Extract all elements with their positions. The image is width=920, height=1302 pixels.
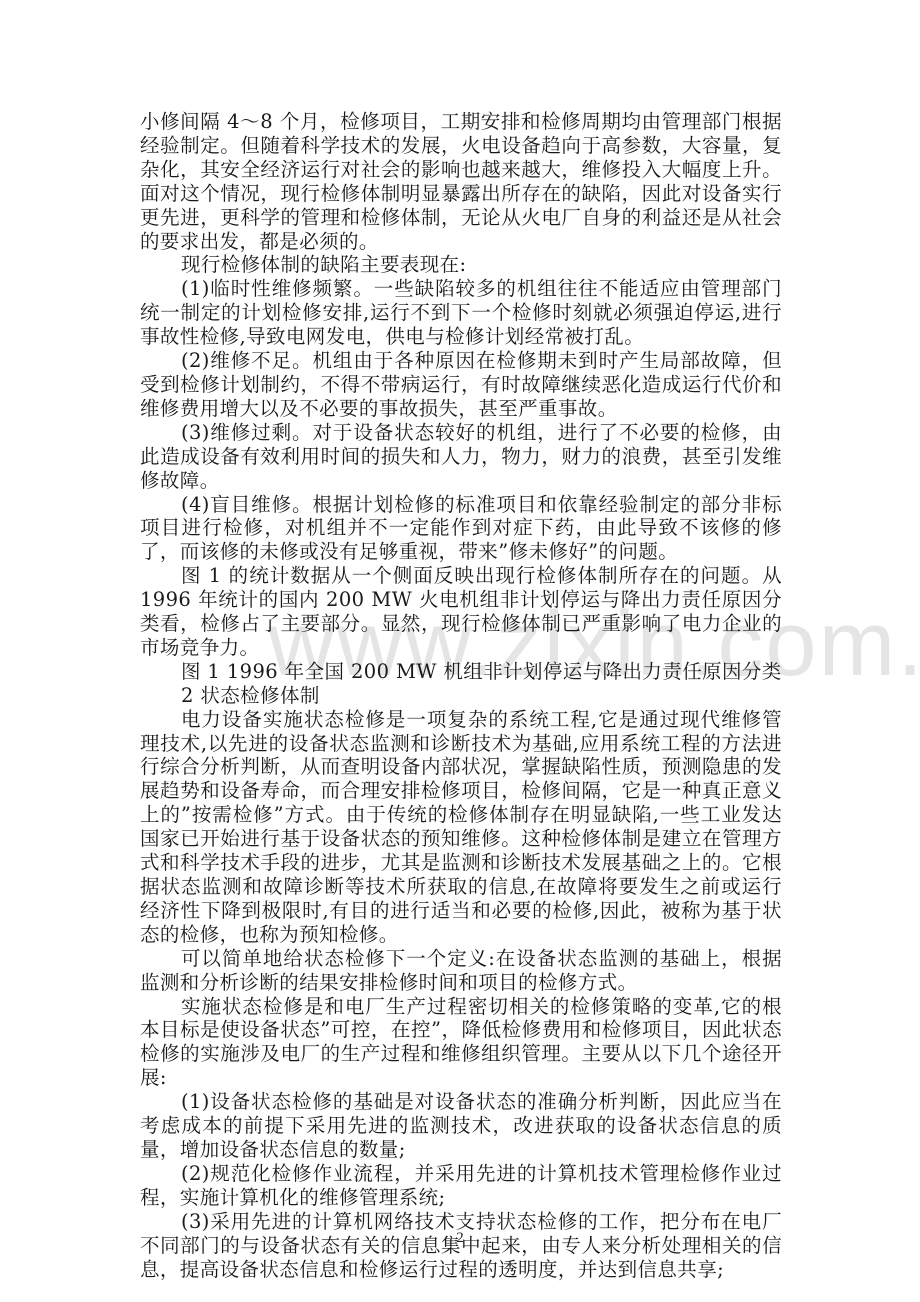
paragraph: (1)设备状态检修的基础是对设备状态的准确分析判断，因此应当在考虑成本的前提下采… bbox=[140, 1090, 782, 1162]
page-number: 2 bbox=[0, 1230, 920, 1247]
document-body: 小修间隔 4～8 个月，检修项目，工期安排和检修周期均由管理部门根据经验制定。但… bbox=[140, 110, 782, 1281]
paragraph: 实施状态检修是和电厂生产过程密切相关的检修策略的变革,它的根本目标是使设备状态”… bbox=[140, 995, 782, 1091]
paragraph: 可以简单地给状态检修下一个定义:在设备状态监测的基础上，根据监测和分析诊断的结果… bbox=[140, 947, 782, 995]
paragraph: 小修间隔 4～8 个月，检修项目，工期安排和检修周期均由管理部门根据经验制定。但… bbox=[140, 110, 782, 253]
figure-caption: 图 1 1996 年全国 200 MW 机组非计划停运与降出力责任原因分类 bbox=[140, 660, 782, 684]
paragraph: 图 1 的统计数据从一个侧面反映出现行检修体制所存在的问题。从 1996 年统计… bbox=[140, 564, 782, 660]
paragraph: (4)盲目维修。根据计划检修的标准项目和依靠经验制定的部分非标项目进行检修，对机… bbox=[140, 493, 782, 565]
section-heading: 2 状态检修体制 bbox=[140, 684, 782, 708]
paragraph: (1)临时性维修频繁。一些缺陷较多的机组往往不能适应由管理部门统一制定的计划检修… bbox=[140, 277, 782, 349]
paragraph: (2)规范化检修作业流程，并采用先进的计算机技术管理检修作业过程，实施计算机化的… bbox=[140, 1162, 782, 1210]
paragraph: (3)维修过剩。对于设备状态较好的机组，进行了不必要的检修，由此造成设备有效利用… bbox=[140, 421, 782, 493]
paragraph: 现行检修体制的缺陷主要表现在: bbox=[140, 253, 782, 277]
paragraph: (2)维修不足。机组由于各种原因在检修期未到时产生局部故障，但受到检修计划制约，… bbox=[140, 349, 782, 421]
paragraph: 电力设备实施状态检修是一项复杂的系统工程,它是通过现代维修管理技术,以先进的设备… bbox=[140, 708, 782, 947]
